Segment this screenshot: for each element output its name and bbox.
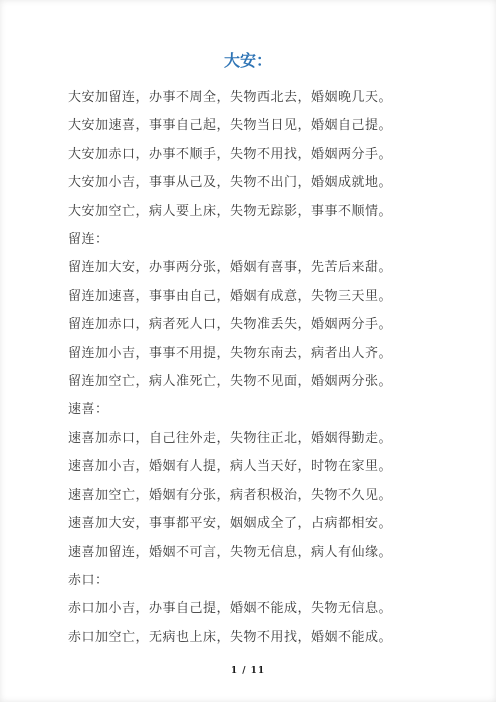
verse-line: 速喜加赤口，自己往外走，失物往正北，婚姻得勤走。 bbox=[68, 425, 442, 453]
section-heading-suxi: 速喜： bbox=[68, 396, 442, 424]
verse-line: 速喜加大安，事事都平安，姻姻成全了，占病都相安。 bbox=[68, 510, 442, 538]
page-number: 1 / 11 bbox=[0, 666, 496, 676]
verse-line: 留连加空亡，病人准死亡，失物不见面，婚姻两分张。 bbox=[68, 368, 442, 396]
verse-line: 速喜加空亡，婚姻有分张，病者积极治，失物不久见。 bbox=[68, 482, 442, 510]
verse-line: 速喜加小吉，婚姻有人提，病人当天好，时物在家里。 bbox=[68, 453, 442, 481]
verse-line: 大安加空亡，病人要上床，失物无踪影，事事不顺情。 bbox=[68, 198, 442, 226]
page-title: 大安： bbox=[54, 50, 442, 72]
section-heading-chikou: 赤口： bbox=[68, 567, 442, 595]
verse-line: 赤口加空亡，无病也上床，失物不用找，婚姻不能成。 bbox=[68, 624, 442, 652]
verse-line: 速喜加留连，婚姻不可言，失物无信息，病人有仙缘。 bbox=[68, 539, 442, 567]
document-content: 大安： 大安加留连，办事不周全，失物西北去，婚姻晚几天。 大安加速喜，事事自己起… bbox=[0, 0, 496, 652]
verse-line: 大安加小吉，事事从己及，失物不出门，婚姻成就地。 bbox=[68, 169, 442, 197]
verse-line: 大安加留连，办事不周全，失物西北去，婚姻晚几天。 bbox=[68, 84, 442, 112]
section-heading-liulian: 留连： bbox=[68, 226, 442, 254]
verse-line: 留连加速喜，事事由自己，婚姻有成意，失物三天里。 bbox=[68, 283, 442, 311]
verse-line: 留连加小吉，事事不用提，失物东南去，病者出人齐。 bbox=[68, 340, 442, 368]
verse-line: 留连加大安，办事两分张，婚姻有喜事，先苦后来甜。 bbox=[68, 254, 442, 282]
verse-line: 赤口加小吉，办事自己提，婚姻不能成，失物无信息。 bbox=[68, 595, 442, 623]
document-page: 大安： 大安加留连，办事不周全，失物西北去，婚姻晚几天。 大安加速喜，事事自己起… bbox=[0, 0, 496, 702]
verse-line: 大安加赤口，办事不顺手，失物不用找，婚姻两分手。 bbox=[68, 141, 442, 169]
verse-line: 留连加赤口，病者死人口，失物准丢失，婚姻两分手。 bbox=[68, 311, 442, 339]
verse-line: 大安加速喜，事事自己起，失物当日见，婚姻自己提。 bbox=[68, 112, 442, 140]
